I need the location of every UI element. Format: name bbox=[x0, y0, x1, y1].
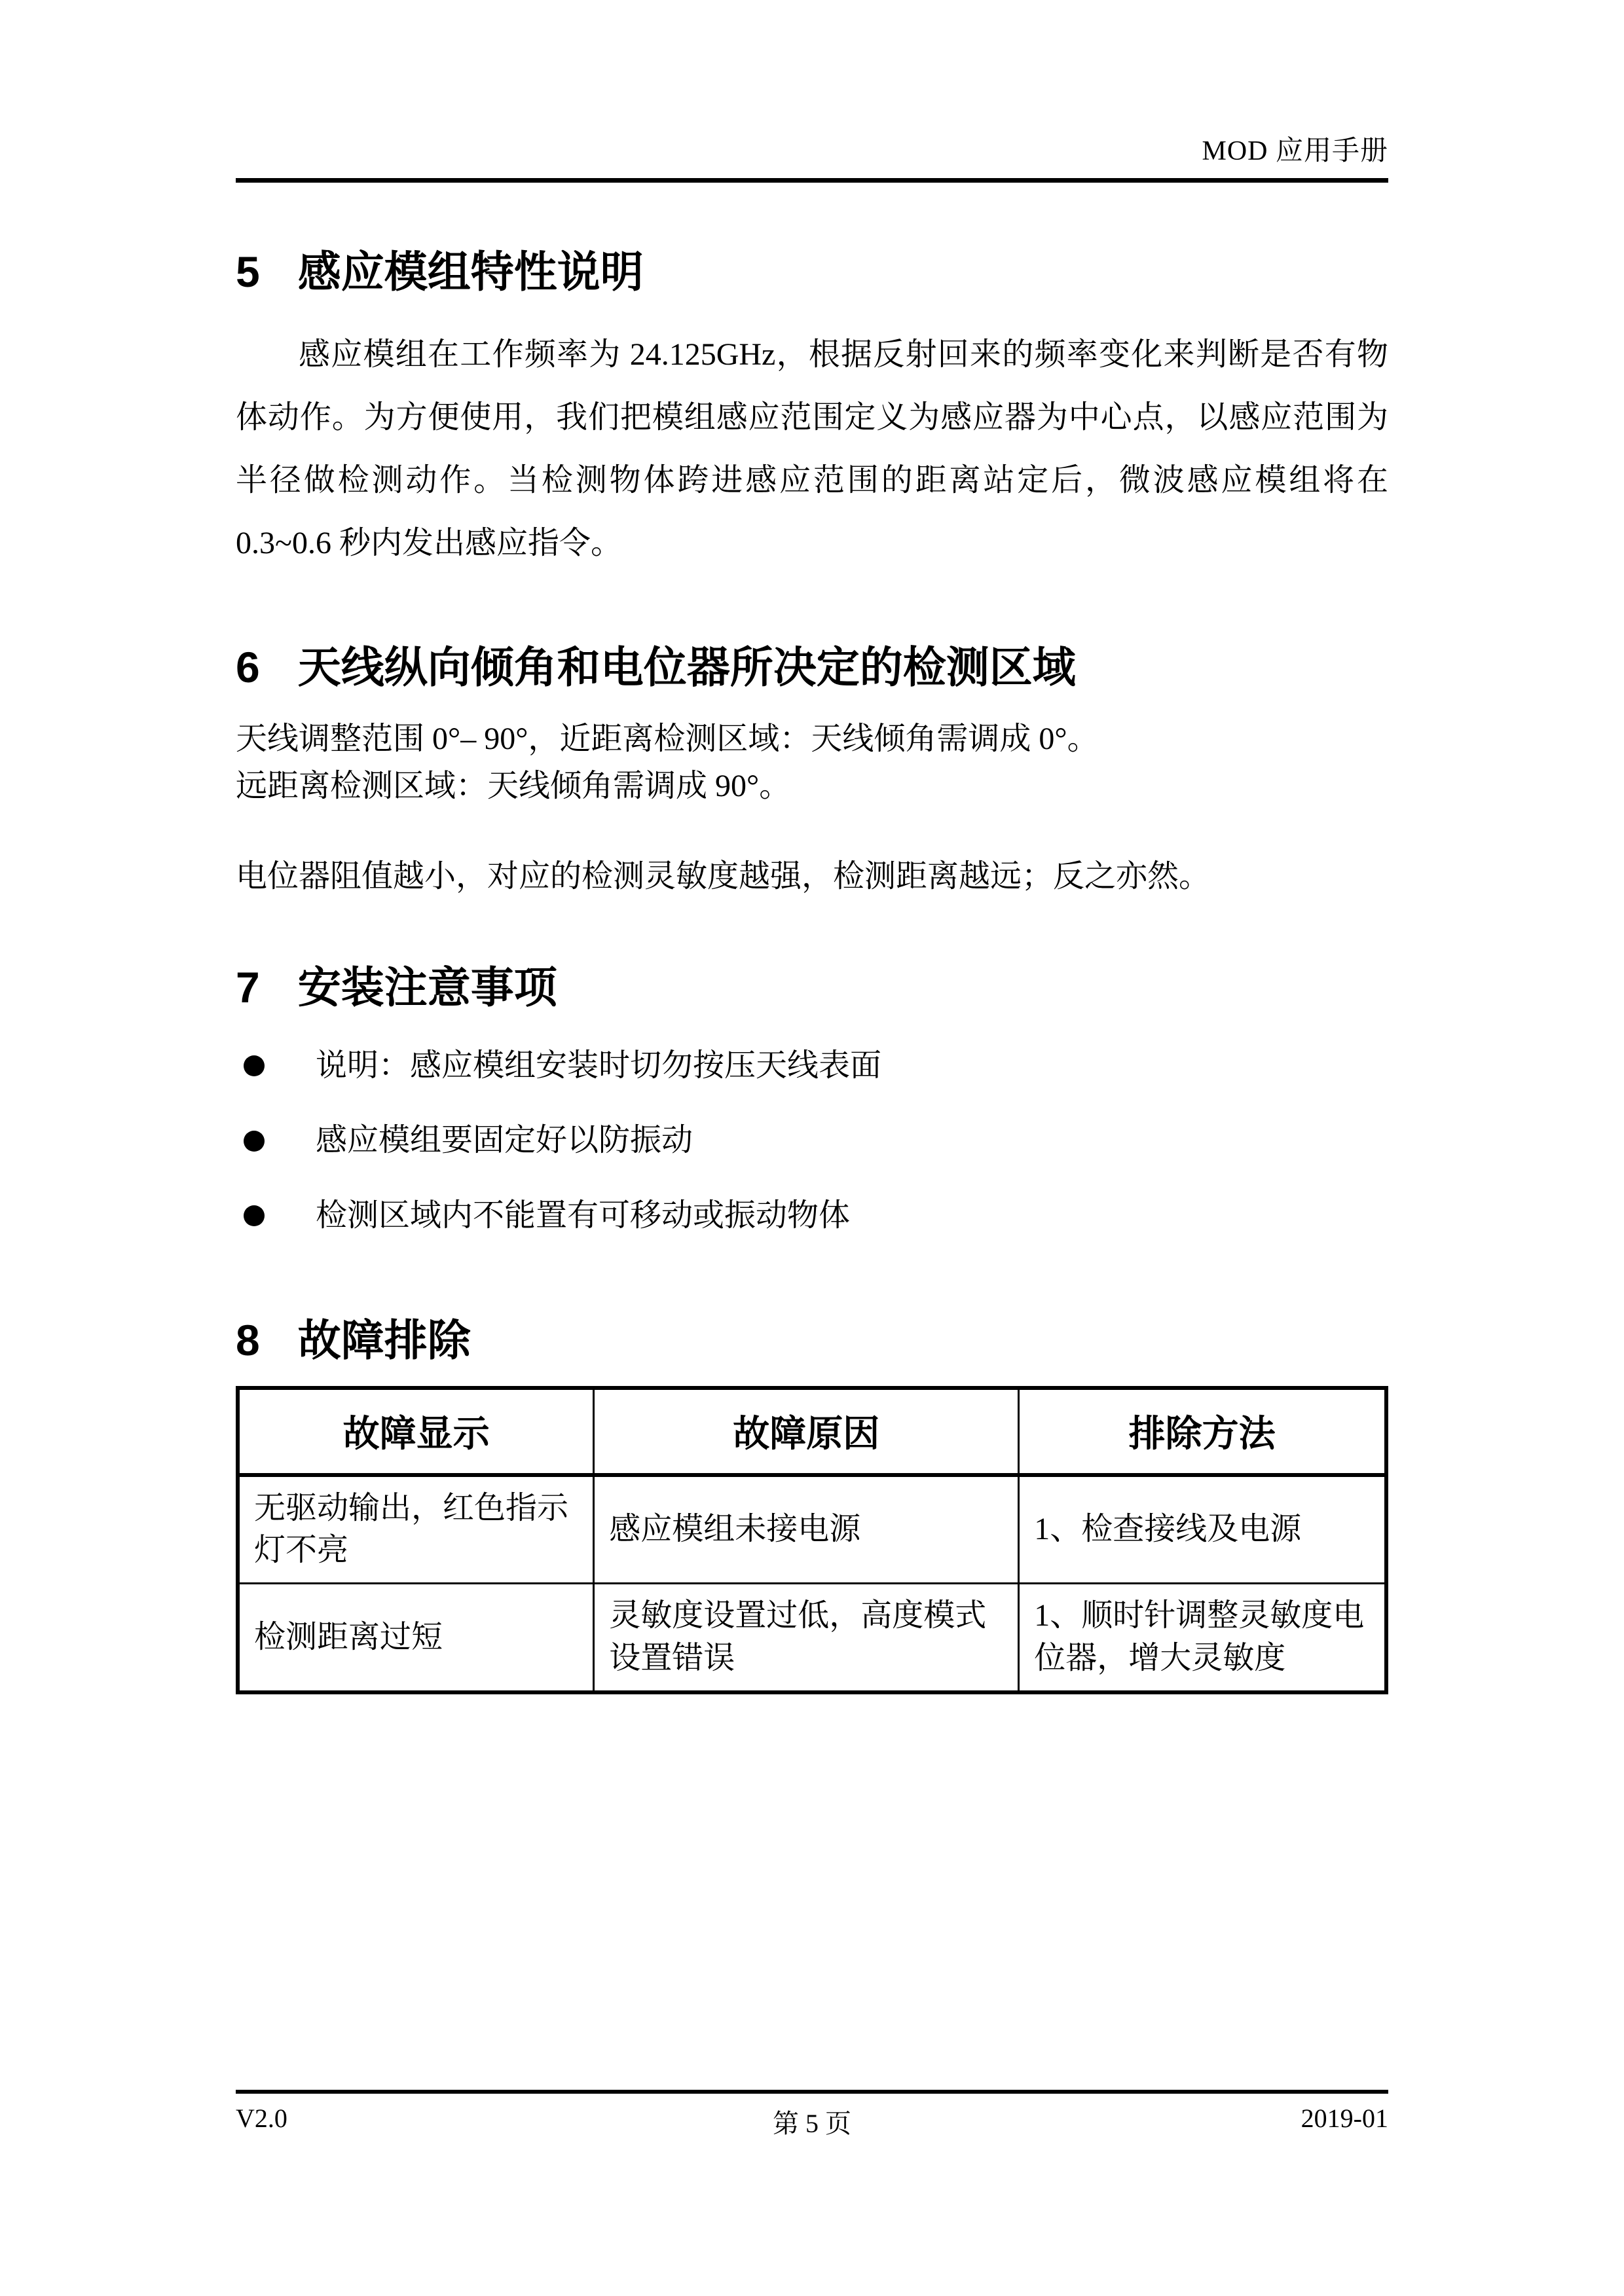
section-6-line-1: 天线调整范围 0°– 90°，近距离检测区域：天线倾角需调成 0°。 bbox=[236, 716, 1388, 763]
table-header-fault-cause: 故障原因 bbox=[594, 1388, 1019, 1475]
section-6-title: 天线纵向倾角和电位器所决定的检测区域 bbox=[298, 643, 1076, 691]
page-content: 5感应模组特性说明 感应模组在工作频率为 24.125GHz，根据反射回来的频率… bbox=[0, 245, 1624, 1694]
table-cell-remedy: 1、顺时针调整灵敏度电位器，增大灵敏度 bbox=[1019, 1584, 1386, 1692]
section-6-heading: 6天线纵向倾角和电位器所决定的检测区域 bbox=[236, 640, 1388, 695]
bullet-icon bbox=[244, 1055, 265, 1076]
table-row: 检测距离过短 灵敏度设置过低，高度模式设置错误 1、顺时针调整灵敏度电位器，增大… bbox=[238, 1584, 1386, 1692]
header-rule bbox=[236, 178, 1388, 183]
footer-page-number: 第 5 页 bbox=[773, 2103, 851, 2140]
section-8-number: 8 bbox=[236, 1313, 260, 1368]
table-header-remedy: 排除方法 bbox=[1019, 1388, 1386, 1475]
section-5-module-characteristics: 5感应模组特性说明 感应模组在工作频率为 24.125GHz，根据反射回来的频率… bbox=[236, 245, 1388, 575]
table-header-row: 故障显示 故障原因 排除方法 bbox=[238, 1388, 1386, 1475]
footer-date: 2019-01 bbox=[1301, 2103, 1388, 2134]
section-7-heading: 7安装注意事项 bbox=[236, 960, 1388, 1015]
troubleshooting-table: 故障显示 故障原因 排除方法 无驱动输出，红色指示灯不亮 感应模组未接电源 1、… bbox=[236, 1386, 1388, 1694]
section-8-heading: 8故障排除 bbox=[236, 1313, 1388, 1368]
section-7-installation-notes: 7安装注意事项 说明：感应模组安装时切勿按压天线表面 感应模组要固定好以防振动 … bbox=[236, 960, 1388, 1237]
table-cell-fault-cause: 感应模组未接电源 bbox=[594, 1475, 1019, 1584]
section-7-number: 7 bbox=[236, 960, 260, 1015]
page-footer: V2.0 第 5 页 2019-01 bbox=[236, 2090, 1388, 2134]
table-row: 无驱动输出，红色指示灯不亮 感应模组未接电源 1、检查接线及电源 bbox=[238, 1475, 1386, 1584]
footer-version: V2.0 bbox=[236, 2103, 287, 2134]
bullet-text: 感应模组要固定好以防振动 bbox=[316, 1120, 693, 1161]
list-item: 检测区域内不能置有可移动或振动物体 bbox=[236, 1195, 1388, 1236]
section-5-number: 5 bbox=[236, 245, 260, 299]
section-6-lines: 天线调整范围 0°– 90°，近距离检测区域：天线倾角需调成 0°。 远距离检测… bbox=[236, 716, 1388, 810]
section-5-heading: 5感应模组特性说明 bbox=[236, 245, 1388, 299]
table-cell-remedy: 1、检查接线及电源 bbox=[1019, 1475, 1386, 1584]
table-cell-fault-cause: 灵敏度设置过低，高度模式设置错误 bbox=[594, 1584, 1019, 1692]
header-title: MOD 应用手册 bbox=[236, 134, 1388, 169]
document-page: MOD 应用手册 5感应模组特性说明 感应模组在工作频率为 24.125GHz，… bbox=[0, 0, 1624, 2296]
section-8-title: 故障排除 bbox=[298, 1316, 471, 1364]
section-6-detection-area: 6天线纵向倾角和电位器所决定的检测区域 天线调整范围 0°– 90°，近距离检测… bbox=[236, 640, 1388, 900]
bullet-icon bbox=[244, 1131, 265, 1152]
bullet-icon bbox=[244, 1205, 265, 1226]
section-8-troubleshooting: 8故障排除 故障显示 故障原因 排除方法 无驱动输出，红色指示灯不亮 感应模组未… bbox=[236, 1313, 1388, 1694]
section-5-title: 感应模组特性说明 bbox=[298, 247, 644, 296]
bullet-text: 说明：感应模组安装时切勿按压天线表面 bbox=[316, 1046, 881, 1086]
table-header-fault-display: 故障显示 bbox=[238, 1388, 594, 1475]
bullet-text: 检测区域内不能置有可移动或振动物体 bbox=[316, 1195, 850, 1236]
section-6-line-2: 远距离检测区域：天线倾角需调成 90°。 bbox=[236, 763, 1388, 810]
page-header: MOD 应用手册 bbox=[0, 0, 1624, 183]
section-6-paragraph: 电位器阻值越小，对应的检测灵敏度越强，检测距离越远；反之亦然。 bbox=[236, 853, 1388, 900]
table-cell-fault-display: 无驱动输出，红色指示灯不亮 bbox=[238, 1475, 594, 1584]
table-cell-fault-display: 检测距离过短 bbox=[238, 1584, 594, 1692]
section-5-paragraph: 感应模组在工作频率为 24.125GHz，根据反射回来的频率变化来判断是否有物体… bbox=[236, 323, 1388, 575]
list-item: 说明：感应模组安装时切勿按压天线表面 bbox=[236, 1046, 1388, 1086]
section-7-title: 安装注意事项 bbox=[298, 963, 557, 1011]
list-item: 感应模组要固定好以防振动 bbox=[236, 1120, 1388, 1161]
section-6-number: 6 bbox=[236, 640, 260, 695]
section-7-bullet-list: 说明：感应模组安装时切勿按压天线表面 感应模组要固定好以防振动 检测区域内不能置… bbox=[236, 1046, 1388, 1236]
